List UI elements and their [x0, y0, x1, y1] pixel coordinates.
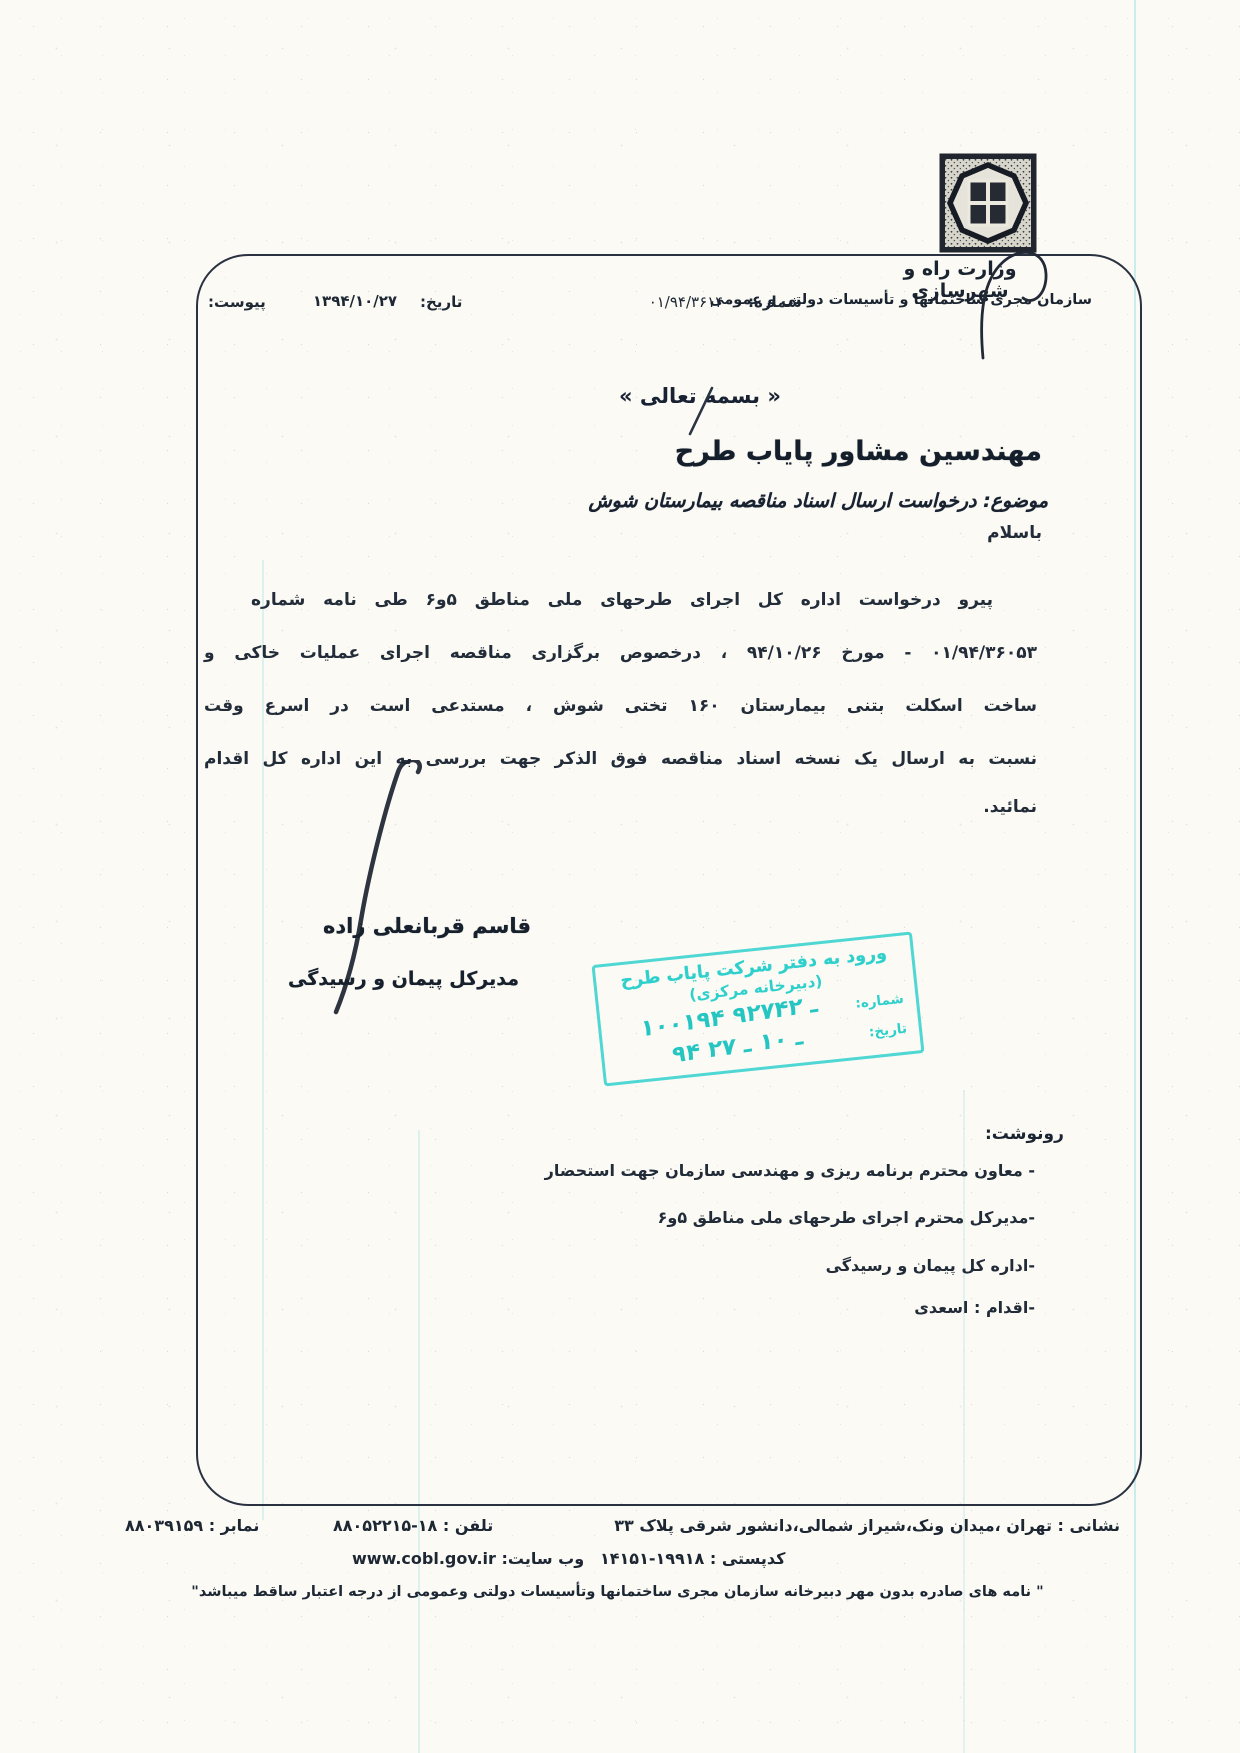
address-line: نشانی : تهران ،میدان ونک،شیراز شمالی،دان… [614, 1516, 1120, 1535]
website-line: وب سایت: www.cobl.gov.ir [352, 1549, 584, 1568]
phone-value: ۸۸۰۵۲۲۱۵-۱۸ [333, 1516, 437, 1535]
stamp-number-label: شماره: [855, 991, 905, 1012]
cc-item: - معاون محترم برنامه ریزی و مهندسی سازما… [545, 1161, 1035, 1180]
body-line: ۰۱/۹۴/۳۶۰۵۳ - مورخ ۹۴/۱۰/۲۶ ، درخصوص برگ… [204, 643, 1037, 663]
subject-line: موضوع: درخواست ارسال اسناد مناقصه بیمارس… [588, 490, 1048, 512]
cc-label: رونوشت: [985, 1124, 1064, 1144]
website-label: وب سایت: [502, 1549, 585, 1568]
address-label: نشانی : [1058, 1516, 1120, 1535]
corner-flourish-mark [975, 242, 1050, 362]
address-value: تهران ،میدان ونک،شیراز شمالی،دانشور شرقی… [614, 1516, 1052, 1535]
body-line: پیرو درخواست اداره کل اجرای طرحهای ملی م… [251, 590, 993, 610]
cc-item: -اقدام : اسعدی [914, 1298, 1035, 1317]
postal-label: کدپستی : [710, 1549, 786, 1568]
ministry-emblem-icon [938, 152, 1038, 254]
fax-label: نمابر : [209, 1516, 260, 1535]
signatory-title: مدیرکل پیمان و رسیدگی [288, 968, 519, 990]
phone-label: تلفن : [443, 1516, 493, 1535]
website-value: www.cobl.gov.ir [352, 1549, 496, 1568]
postal-line: کدپستی : ۱۴۱۵۱-۱۹۹۱۸ [600, 1549, 785, 1568]
scanned-letter-page: وزارت راه و شهرسازی سازمان مجری ساختمانه… [0, 0, 1240, 1753]
body-line: نمائید. [983, 797, 1037, 817]
disclaimer-note: " نامه های صادره بدون مهر دبیرخانه سازما… [185, 1584, 1050, 1600]
cc-item: -اداره کل پیمان و رسیدگی [826, 1256, 1035, 1275]
fax-value: ۸۸۰۳۹۱۵۹ [125, 1516, 203, 1535]
body-line: نسبت به ارسال یک نسخه اسناد مناقصه فوق ا… [204, 749, 1037, 769]
postal-value: ۱۴۱۵۱-۱۹۹۱۸ [600, 1549, 704, 1568]
signatory-name: قاسم قربانعلی زاده [323, 914, 531, 938]
cc-item: -مدیرکل محترم اجرای طرحهای ملی مناطق ۵و۶ [658, 1208, 1035, 1227]
salutation: باسلام [987, 523, 1042, 543]
fax-line: نمابر : ۸۸۰۳۹۱۵۹ [125, 1516, 259, 1535]
body-line: ساخت اسکلت بتنی بیمارستان ۱۶۰ تختی شوش ،… [204, 696, 1037, 716]
pen-tick-mark [686, 386, 716, 438]
phone-line: تلفن : ۸۸۰۵۲۲۱۵-۱۸ [333, 1516, 493, 1535]
recipient-name: مهندسین مشاور پایاب طرح [675, 436, 1042, 467]
stamp-date-label: تاریخ: [868, 1021, 908, 1041]
